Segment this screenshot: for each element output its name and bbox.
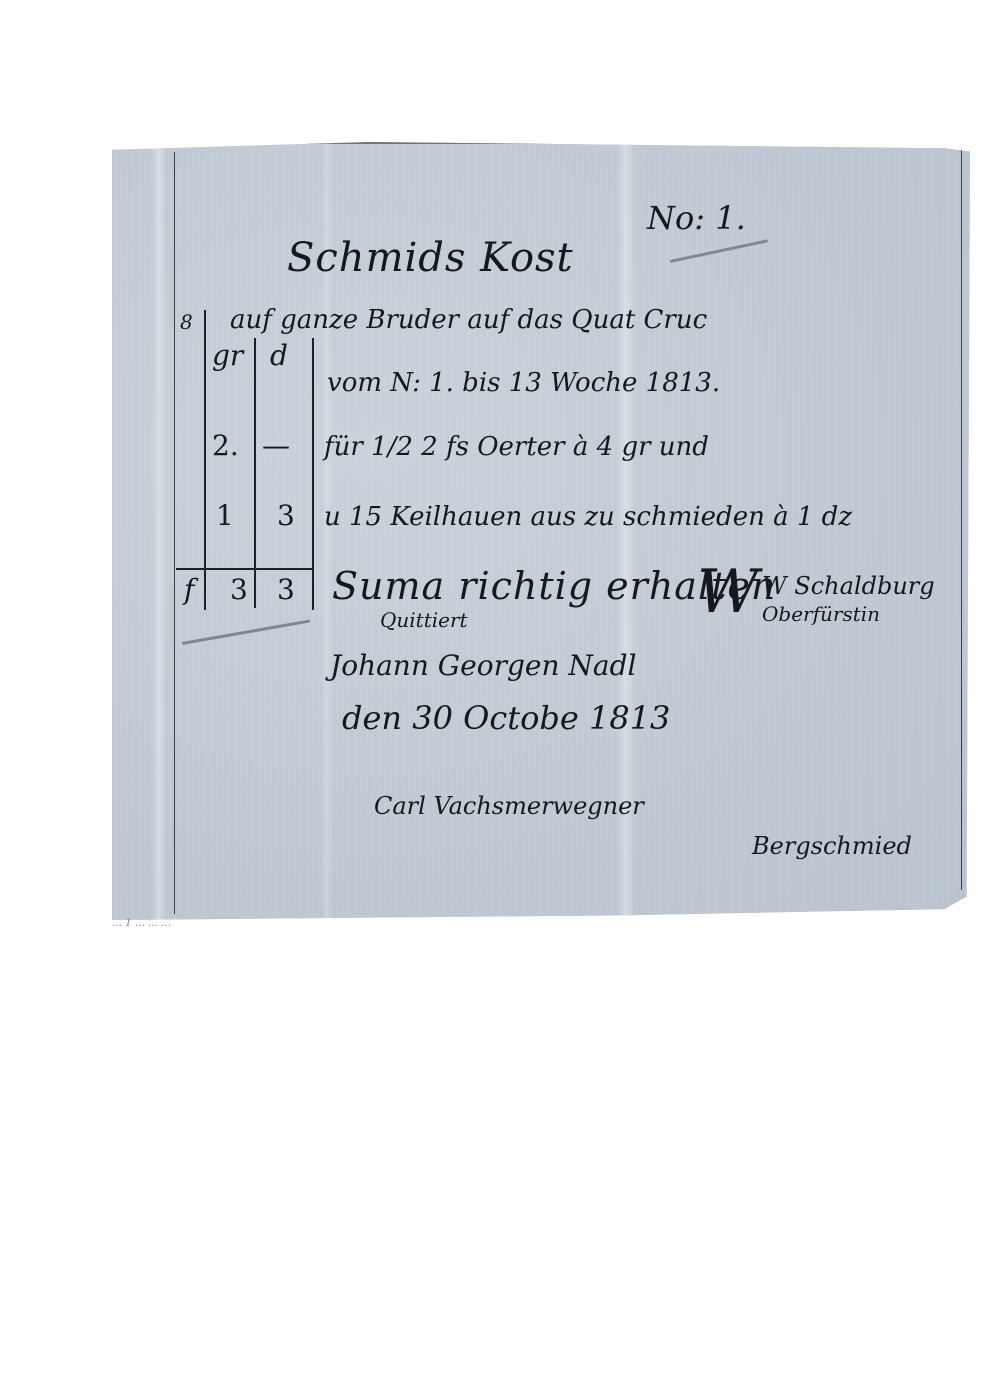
side-signature-line1: W Schaldburg: [762, 572, 935, 600]
ledger-column-rule: [204, 310, 206, 610]
document-title: Schmids Kost: [287, 238, 574, 278]
ledger-header-d: d: [270, 342, 288, 370]
margin-mark: 8: [180, 312, 193, 332]
margin-rule-left: [174, 152, 175, 914]
margin-rule-right: [961, 150, 962, 890]
ledger-header-gr: gr: [212, 342, 243, 370]
underlying-sheet-text: … 1 … … …: [112, 918, 412, 928]
paper-top-edge: [112, 142, 910, 144]
signature-flourish: W: [697, 562, 759, 622]
left-signature: Carl Vachsmerwegner: [374, 792, 644, 820]
receipt-paper: Schmids Kost No: 1. 8 gr d 2. — 1 3 f 3 …: [112, 142, 970, 920]
ledger-total-gr: 3: [230, 576, 248, 604]
body-line-2: vom N: 1. bis 13 Woche 1813.: [327, 370, 720, 396]
side-signature-line2: Oberfürstin: [762, 602, 880, 626]
ledger-total-prefix: f: [184, 576, 194, 604]
ledger-row-2-gr: 1: [216, 502, 234, 530]
body-line-3: für 1/2 2 fs Oerter à 4 gr und: [324, 434, 709, 460]
ledger-total-rule: [176, 568, 314, 570]
payee-name: Johann Georgen Nadl: [330, 652, 636, 680]
ledger-total-d: 3: [277, 576, 295, 604]
body-line-4: u 15 Keilhauen aus zu schmieden à 1 dz: [324, 504, 852, 530]
scan-page: Schmids Kost No: 1. 8 gr d 2. — 1 3 f 3 …: [0, 0, 1000, 1375]
quittiert-label: Quittiert: [380, 610, 468, 630]
body-line-1: auf ganze Bruder auf das Quat Cruc: [230, 307, 707, 333]
document-number: No: 1.: [647, 202, 746, 234]
ledger-row-1-d: —: [262, 432, 290, 460]
ledger-row-1-gr: 2.: [212, 432, 239, 460]
pencil-stroke: [182, 619, 311, 645]
paper-fold: [152, 142, 166, 920]
right-signature: Bergschmied: [752, 832, 912, 860]
pencil-stroke: [670, 239, 768, 263]
receipt-date: den 30 Octobe 1813: [342, 702, 670, 734]
ledger-row-2-d: 3: [277, 502, 295, 530]
